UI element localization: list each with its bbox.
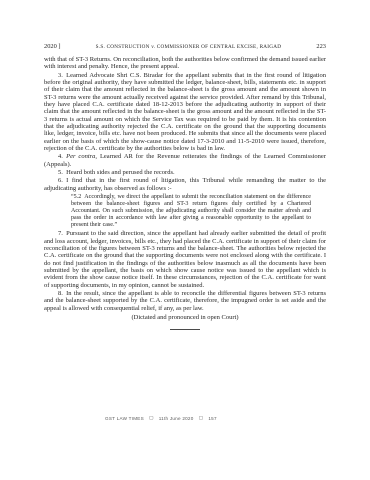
paragraph-numbered: 6. I find that in the first round of lit…	[44, 177, 326, 192]
footer-journal: GST LAW TIMES	[105, 416, 144, 421]
paragraph-quote: “5.2 Accordingly, we direct the appellan…	[71, 194, 311, 229]
paragraph-numbered: 5. Heard both sides and perused the reco…	[44, 169, 326, 176]
footer-date: 11th June 2020	[159, 416, 194, 421]
paragraph-numbered: 4. Per contra, Learned AR for the Revenu…	[44, 153, 326, 168]
paragraph-numbered: 8. In the result, since the appellant is…	[44, 290, 326, 312]
footer-page-ref: 157	[208, 416, 216, 421]
separator-box-icon: ▢	[149, 416, 154, 421]
header-case-title: S.S. CONSTRUCTION v. COMMISSIONER OF CEN…	[61, 44, 317, 50]
running-header: 2020 ] S.S. CONSTRUCTION v. COMMISSIONER…	[44, 43, 326, 50]
document-page: 2020 ] S.S. CONSTRUCTION v. COMMISSIONER…	[0, 0, 370, 480]
section-divider	[170, 329, 200, 330]
separator-box-icon: ▢	[199, 416, 204, 421]
document-body: with that of ST-3 Returns. On reconcilia…	[44, 56, 326, 312]
paragraph-numbered: 7. Pursuant to the said direction, since…	[44, 230, 326, 289]
slug-footer: GST LAW TIMES ▢ 11th June 2020 ▢ 157	[105, 416, 217, 421]
paragraph-plain: with that of ST-3 Returns. On reconcilia…	[44, 56, 326, 71]
header-page-number: 223	[316, 43, 326, 50]
dictum-line: (Dictated and pronounced in open Court)	[44, 314, 326, 321]
header-year: 2020 ]	[44, 43, 61, 50]
paragraph-numbered: 3. Learned Advocate Shri C.S. Biradar fo…	[44, 72, 326, 153]
text-block: 2020 ] S.S. CONSTRUCTION v. COMMISSIONER…	[44, 43, 326, 330]
